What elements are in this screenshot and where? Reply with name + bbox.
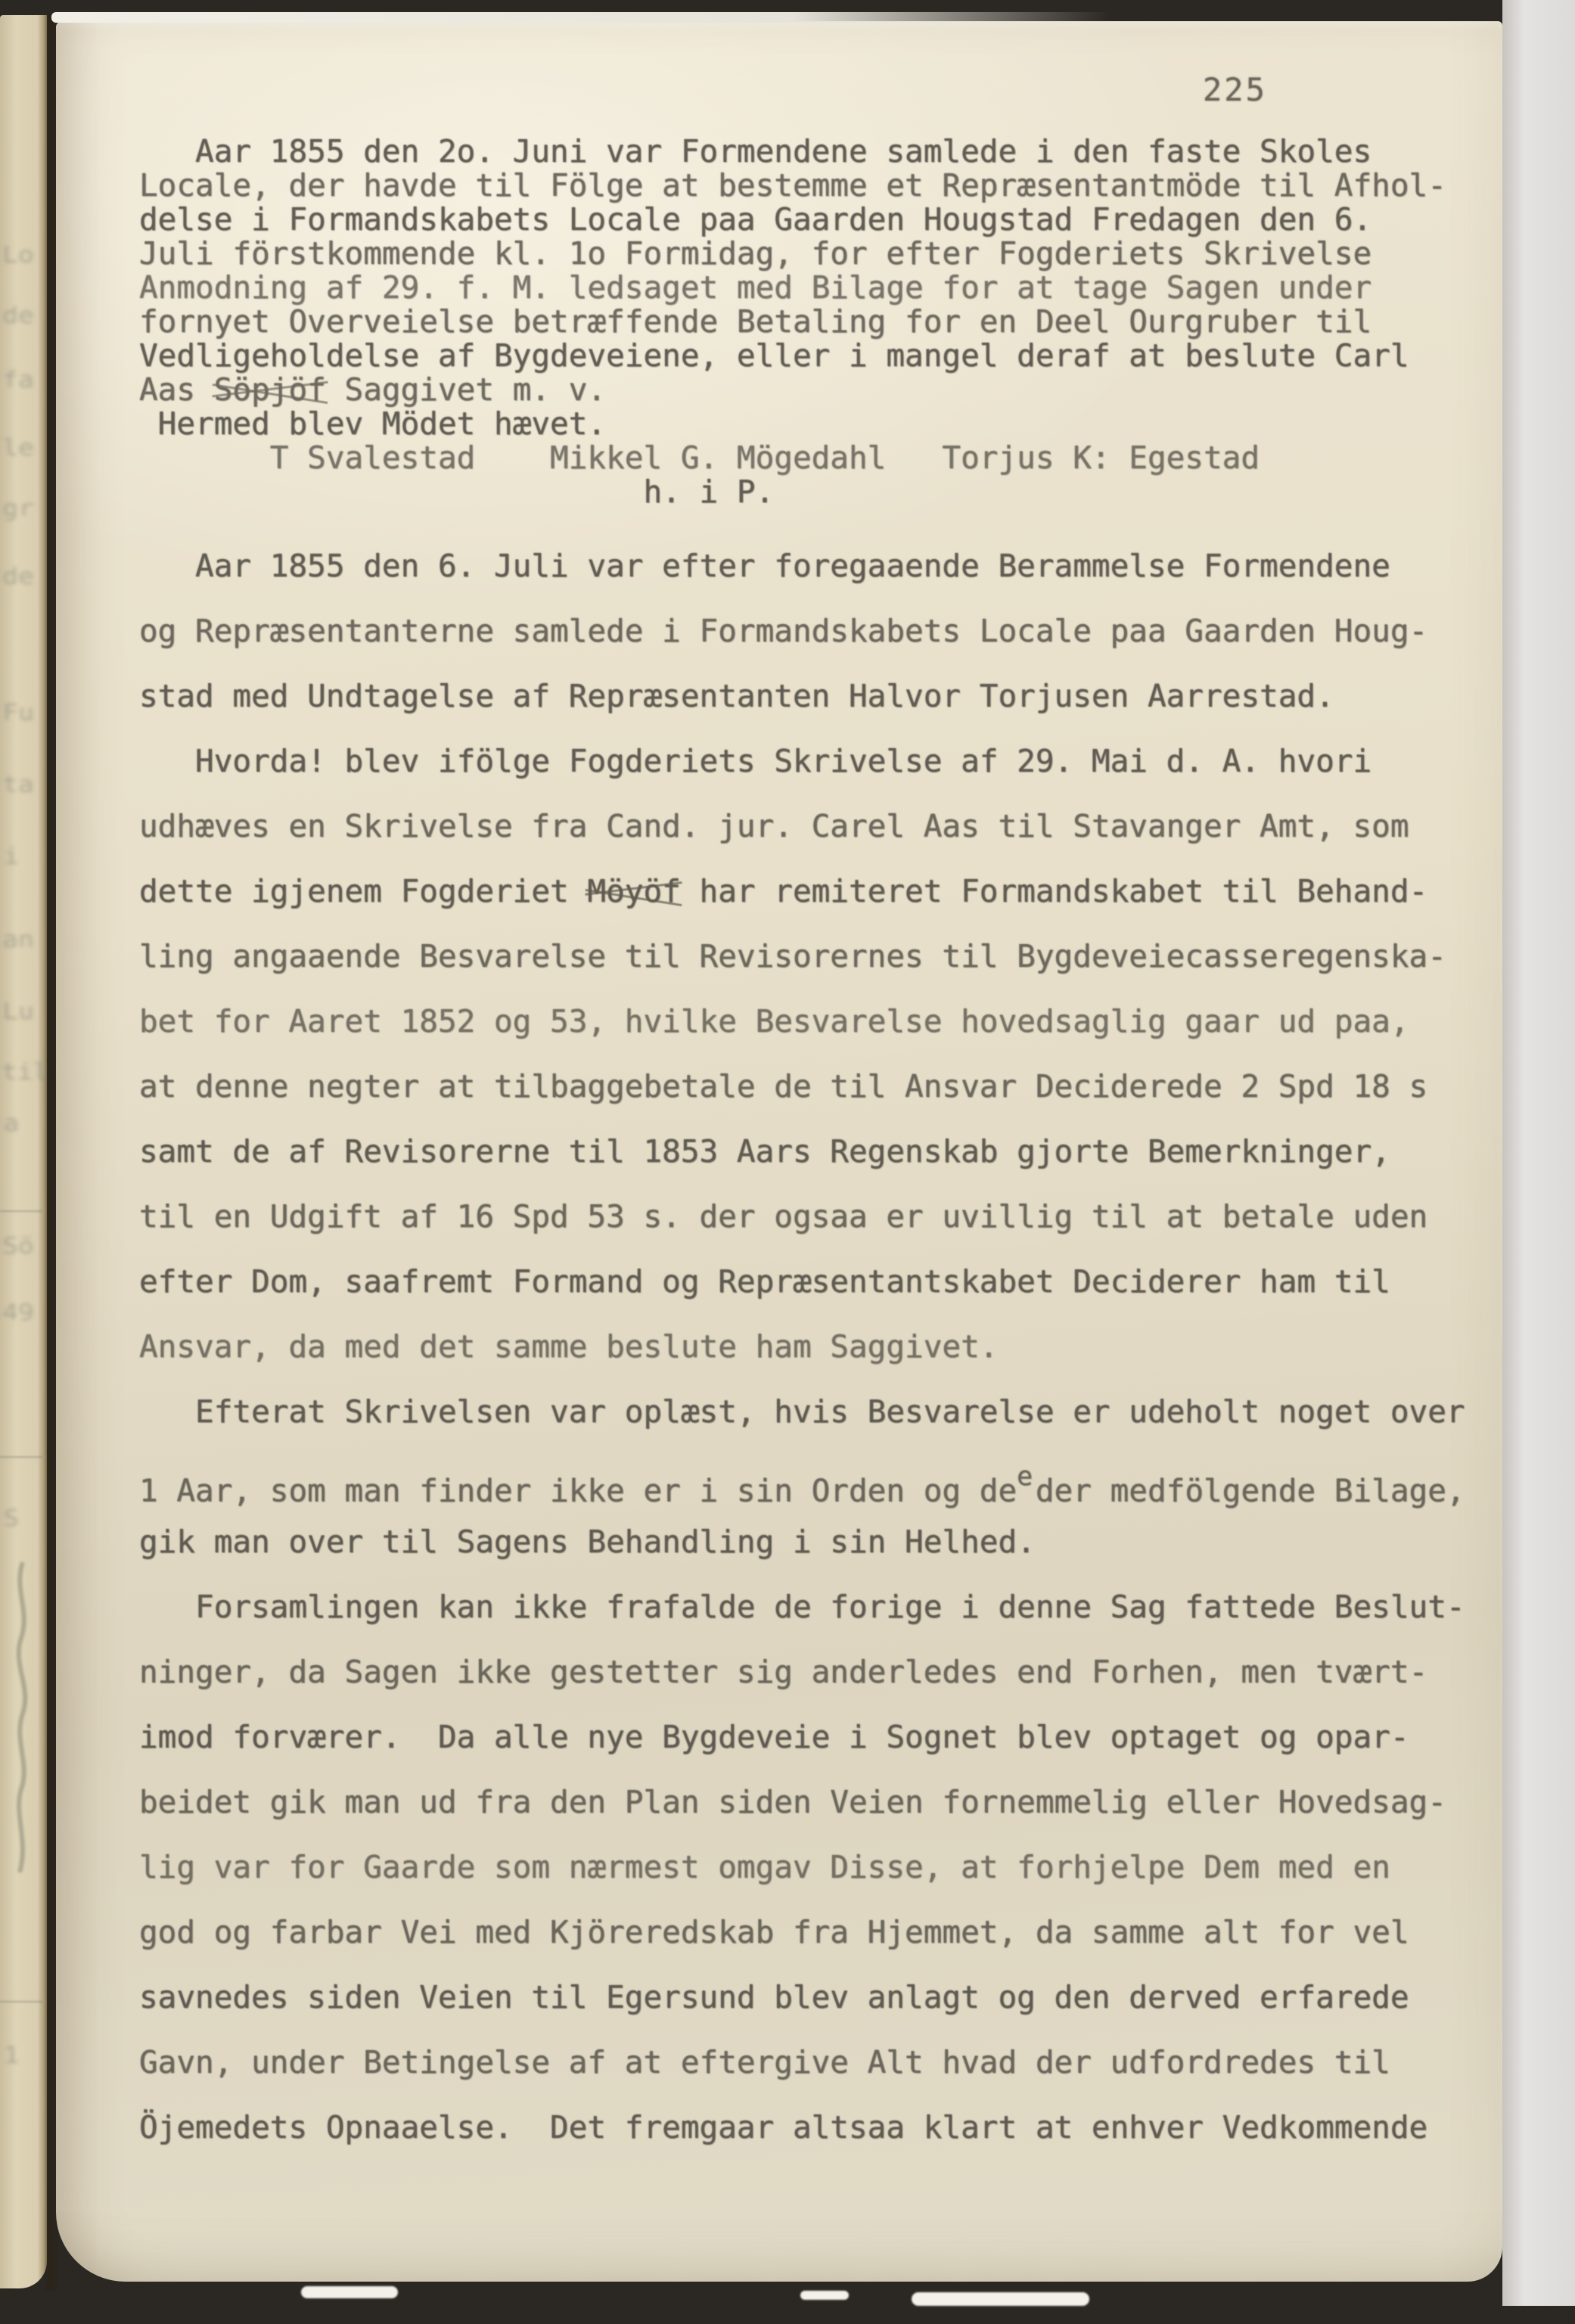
prev-page-text-fragment: le <box>2 435 34 461</box>
prev-page-text-fragment: 49 <box>2 1300 34 1326</box>
document-line: Vedligeholdelse af Bygdeveiene, eller i … <box>139 339 1501 373</box>
prev-page-text-fragment: fa <box>2 367 34 393</box>
document-line: Öjemedets Opnaaelse. Det fremgaar altsaa… <box>139 2095 1501 2160</box>
previous-page-edge: LodefalegrdeFutaianLutilaSö49S1 <box>0 15 47 2288</box>
prev-page-text-fragment: ta <box>2 772 34 798</box>
document-line: god og farbar Vei med Kjöreredskab fra H… <box>139 1900 1501 1965</box>
paragraph: Hvorda! blev ifölge Fogderiets Skrivelse… <box>139 729 1501 1379</box>
document-page: 225 Aar 1855 den 2o. Juni var Formendene… <box>56 21 1502 2282</box>
document-line: efter Dom, saafremt Formand og Repræsent… <box>139 1249 1501 1314</box>
prev-page-rule <box>0 2001 42 2002</box>
document-line: Aar 1855 den 6. Juli var efter foregaaen… <box>139 533 1501 598</box>
document-line: h. i P. <box>139 475 1501 509</box>
document-line: Hermed blev Mödet hævet. <box>139 407 1501 441</box>
scanned-book-photo: LodefalegrdeFutaianLutilaSö49S1 225 Aar … <box>0 0 1575 2324</box>
document-line: Aar 1855 den 2o. Juni var Formendene sam… <box>139 135 1501 169</box>
paragraph: Aar 1855 den 2o. Juni var Formendene sam… <box>139 135 1501 509</box>
prev-page-text-fragment: de <box>2 303 34 329</box>
prev-page-text-fragment: Fu <box>2 700 34 726</box>
paragraph: Aar 1855 den 6. Juli var efter foregaaen… <box>139 533 1501 729</box>
prev-page-text-fragment: 1 <box>4 2043 20 2069</box>
document-line: savnedes siden Veien til Egersund blev a… <box>139 1965 1501 2030</box>
prev-page-rule <box>0 1210 42 1212</box>
prev-page-text-fragment: til <box>2 1059 48 1086</box>
document-line: Hvorda! blev ifölge Fogderiets Skrivelse… <box>139 729 1501 794</box>
document-line: fornyet Overveielse betræffende Betaling… <box>139 305 1501 339</box>
document-line: T Svalestad Mikkel G. Mögedahl Torjus K:… <box>139 441 1501 475</box>
prev-page-text-fragment: S <box>4 1505 20 1532</box>
document-line: delse i Formandskabets Locale paa Gaarde… <box>139 203 1501 237</box>
prev-page-rule <box>0 1456 42 1458</box>
prev-page-text-fragment: i <box>4 844 20 870</box>
document-line: Ansvar, da med det samme beslute ham Sag… <box>139 1314 1501 1379</box>
document-line: Juli förstkommende kl. 1o Formidag, for … <box>139 237 1501 271</box>
prev-page-text-fragment: de <box>2 564 34 590</box>
margin-handwriting-scribble <box>0 1558 42 1876</box>
page-number: 225 <box>1203 71 1267 108</box>
document-line: Aas Söpjöf Saggivet m. v. <box>139 373 1501 407</box>
document-line: Gavn, under Betingelse af at eftergive A… <box>139 2030 1501 2095</box>
document-line: imod forværer. Da alle nye Bygdeveie i S… <box>139 1704 1501 1769</box>
prev-page-text-fragment: a <box>4 1111 20 1137</box>
paper-scrap <box>301 2286 398 2298</box>
document-line: gik man over til Sagens Behandling i sin… <box>139 1509 1501 1574</box>
document-line: Locale, der havde til Fölge at bestemme … <box>139 169 1501 203</box>
document-line: dette igjenem Fogderiet Möyöf har remite… <box>139 859 1501 924</box>
document-line: Forsamlingen kan ikke frafalde de forige… <box>139 1574 1501 1639</box>
document-text: Aar 1855 den 2o. Juni var Formendene sam… <box>139 135 1501 2160</box>
document-line: Efterat Skrivelsen var oplæst, hvis Besv… <box>139 1379 1501 1444</box>
document-line: bet for Aaret 1852 og 53, hvilke Besvare… <box>139 989 1501 1054</box>
prev-page-text-fragment: an <box>2 927 34 953</box>
document-line: beidet gik man ud fra den Plan siden Vei… <box>139 1769 1501 1835</box>
document-line: ninger, da Sagen ikke gestetter sig ande… <box>139 1639 1501 1704</box>
document-line: lig var for Gaarde som nærmest omgav Dis… <box>139 1835 1501 1900</box>
paragraph: Efterat Skrivelsen var oplæst, hvis Besv… <box>139 1379 1501 1574</box>
paper-scrap <box>800 2291 849 2300</box>
prev-page-text-fragment: gr <box>2 496 34 522</box>
prev-page-text-fragment: Lo <box>2 242 34 269</box>
document-line: Anmodning af 29. f. M. ledsaget med Bila… <box>139 271 1501 305</box>
document-line: udhæves en Skrivelse fra Cand. jur. Care… <box>139 794 1501 859</box>
document-line: ling angaaende Besvarelse til Revisorern… <box>139 924 1501 989</box>
document-line: til en Udgift af 16 Spd 53 s. der ogsaa … <box>139 1184 1501 1249</box>
crossed-out-word: Söpjöf <box>214 373 326 407</box>
document-line: at denne negter at tilbaggebetale de til… <box>139 1054 1501 1119</box>
document-line: 1 Aar, som man finder ikke er i sin Orde… <box>139 1444 1501 1509</box>
paragraph: Forsamlingen kan ikke frafalde de forige… <box>139 1574 1501 2160</box>
paper-scrap <box>912 2292 1089 2306</box>
document-line: stad med Undtagelse af Repræsentanten Ha… <box>139 663 1501 729</box>
prev-page-text-fragment: Sö <box>2 1233 34 1260</box>
document-line: samt de af Revisorerne til 1853 Aars Reg… <box>139 1119 1501 1184</box>
adjacent-page-edge <box>1502 0 1575 2306</box>
prev-page-text-fragment: Lu <box>2 999 34 1025</box>
crossed-out-word: Möyöf <box>587 859 680 924</box>
document-line: og Repræsentanterne samlede i Formandska… <box>139 598 1501 663</box>
